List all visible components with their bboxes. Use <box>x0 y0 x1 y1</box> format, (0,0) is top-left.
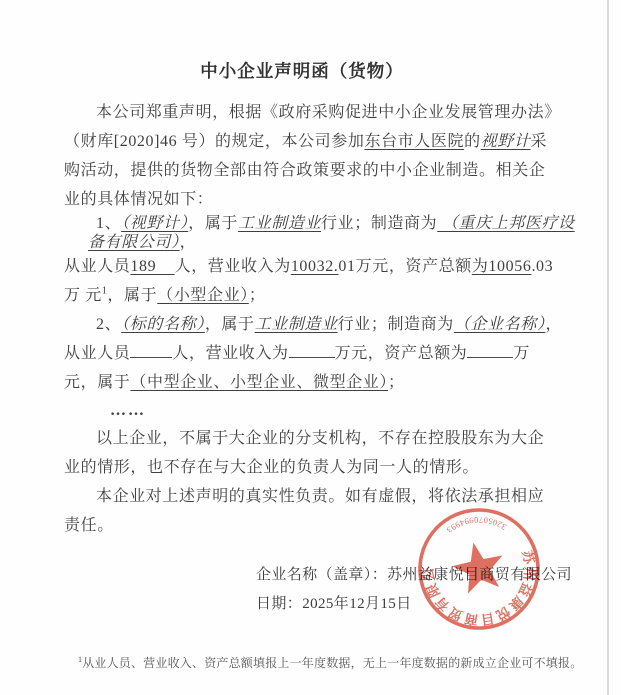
text-segment: 东台市人医院 <box>364 133 464 150</box>
text-segment: 备有限公司） <box>88 234 180 251</box>
text-segment: 从业人员 <box>64 345 130 362</box>
seal-star-icon <box>448 537 508 595</box>
text-segment: ； <box>388 374 405 391</box>
page-edge-line <box>607 0 609 695</box>
text-line: 业的具体情况如下： <box>64 185 580 214</box>
text-line: （财库[2020]46 号）的规定，本公司参加东台市人医院的视野计采 <box>64 127 580 156</box>
text-line: …… <box>64 397 580 424</box>
text-segment: （视野计） <box>121 215 188 232</box>
text-segment: 以上企业，不属于大企业的分支机构，不存在控股股东为大企 <box>96 430 544 447</box>
text-segment: 本公司郑重声明，根据《政府采购促进中小企业发展管理办法》 <box>96 104 561 121</box>
text-line: 业的情形，也不存在与大企业的负责人为同一人的情形。 <box>64 453 580 482</box>
text-segment: 万元，资产总额为 <box>335 345 468 362</box>
text-segment: 元，属于 <box>64 374 130 391</box>
document-body: 本公司郑重声明，根据《政府采购促进中小企业发展管理办法》（财库[2020]46 … <box>64 98 580 540</box>
text-segment: 业的情形，也不存在与大企业的负责人为同一人的情形。 <box>64 459 479 476</box>
text-segment: 业的具体情况如下： <box>64 191 213 208</box>
text-segment: 189 <box>130 258 174 275</box>
text-segment: 01万元，资产总额 <box>338 258 471 275</box>
text-line: 本公司郑重声明，根据《政府采购促进中小企业发展管理办法》 <box>64 98 580 127</box>
text-line: 1、（视野计），属于工业制造业行业；制造商为 （重庆上邦医疗设 <box>64 214 580 234</box>
document-page: 中小企业声明函（货物） 本公司郑重声明，根据《政府采购促进中小企业发展管理办法》… <box>0 0 621 695</box>
footnote: 1从业人员、营业收入、资产总额填报上一年度数据，无上一年度数据的新成立企业可不填… <box>78 654 598 671</box>
date-label: 日期： <box>256 596 302 612</box>
text-segment: （财库[2020]46 号）的规定，本公司参加 <box>64 133 364 150</box>
text-segment: 行业；制造商为 <box>321 215 437 232</box>
page-title: 中小企业声明函（货物） <box>0 58 604 83</box>
text-line: 从业人员189 人，营业收入为10032.01万元，资产总额为10056.03 <box>64 252 580 281</box>
text-segment: ， <box>180 234 197 251</box>
text-segment: 责任。 <box>64 517 114 534</box>
text-segment: 万 元 <box>64 287 102 304</box>
text-line: 备有限公司）， <box>64 234 580 252</box>
text-line: 元，属于（中型企业、小型企业、微型企业）； <box>64 368 580 397</box>
text-segment: ， <box>545 316 562 333</box>
text-segment: （中型企业、小型企业、微型企业） <box>130 374 388 391</box>
text-segment: ； <box>249 287 266 304</box>
text-segment: .03 <box>531 258 553 275</box>
text-segment: （小型企业） <box>157 287 249 304</box>
company-seal: 苏州益康悦目商贸有限公司 3205070994993 <box>412 502 546 636</box>
text-segment: ，属于 <box>205 316 255 333</box>
text-segment: ，属于 <box>107 287 157 304</box>
date-value: 2025年12月15日 <box>302 596 411 612</box>
text-segment: （企业名称） <box>454 316 546 333</box>
text-segment: 2、 <box>96 316 121 333</box>
text-segment: 工业制造业 <box>255 316 338 333</box>
text-line: 2、（标的名称），属于工业制造业行业；制造商为（企业名称）， <box>64 310 580 339</box>
text-segment: 万 <box>513 345 530 362</box>
text-segment: 从业人员 <box>64 258 130 275</box>
text-line: 从业人员人，营业收入为万元，资产总额为万 <box>64 339 580 368</box>
text-segment: 购活动，提供的货物全部由符合政策要求的中小企业制造。相关企 <box>64 162 545 179</box>
text-line: 购活动，提供的货物全部由符合政策要求的中小企业制造。相关企 <box>64 156 580 185</box>
text-segment: 视野计 <box>481 133 531 150</box>
blank-underline <box>289 342 335 358</box>
text-segment: 人，营业收入为 <box>175 258 291 275</box>
text-segment: ，属于 <box>188 215 238 232</box>
text-segment: 为10056 <box>472 258 532 275</box>
text-segment: 1、 <box>96 215 121 232</box>
text-segment: 人，营业收入为 <box>172 345 288 362</box>
text-line: 万 元1，属于（小型企业）； <box>64 281 580 310</box>
text-segment: 的 <box>464 133 481 150</box>
text-segment: 采 <box>531 133 548 150</box>
blank-underline <box>467 342 513 358</box>
blank-underline <box>130 342 172 358</box>
text-segment: …… <box>110 402 146 419</box>
text-segment: 行业；制造商为 <box>338 316 454 333</box>
company-seal-label: 企业名称（盖章）： <box>256 567 387 583</box>
text-segment: （标的名称） <box>121 316 205 333</box>
text-line: 以上企业，不属于大企业的分支机构，不存在控股股东为大企 <box>64 424 580 453</box>
text-segment: 工业制造业 <box>238 215 321 232</box>
text-segment: 10032. <box>291 258 339 275</box>
text-segment: （重庆上邦医疗设 <box>437 215 574 232</box>
footnote-text: 从业人员、营业收入、资产总额填报上一年度数据，无上一年度数据的新成立企业可不填报… <box>82 656 582 670</box>
